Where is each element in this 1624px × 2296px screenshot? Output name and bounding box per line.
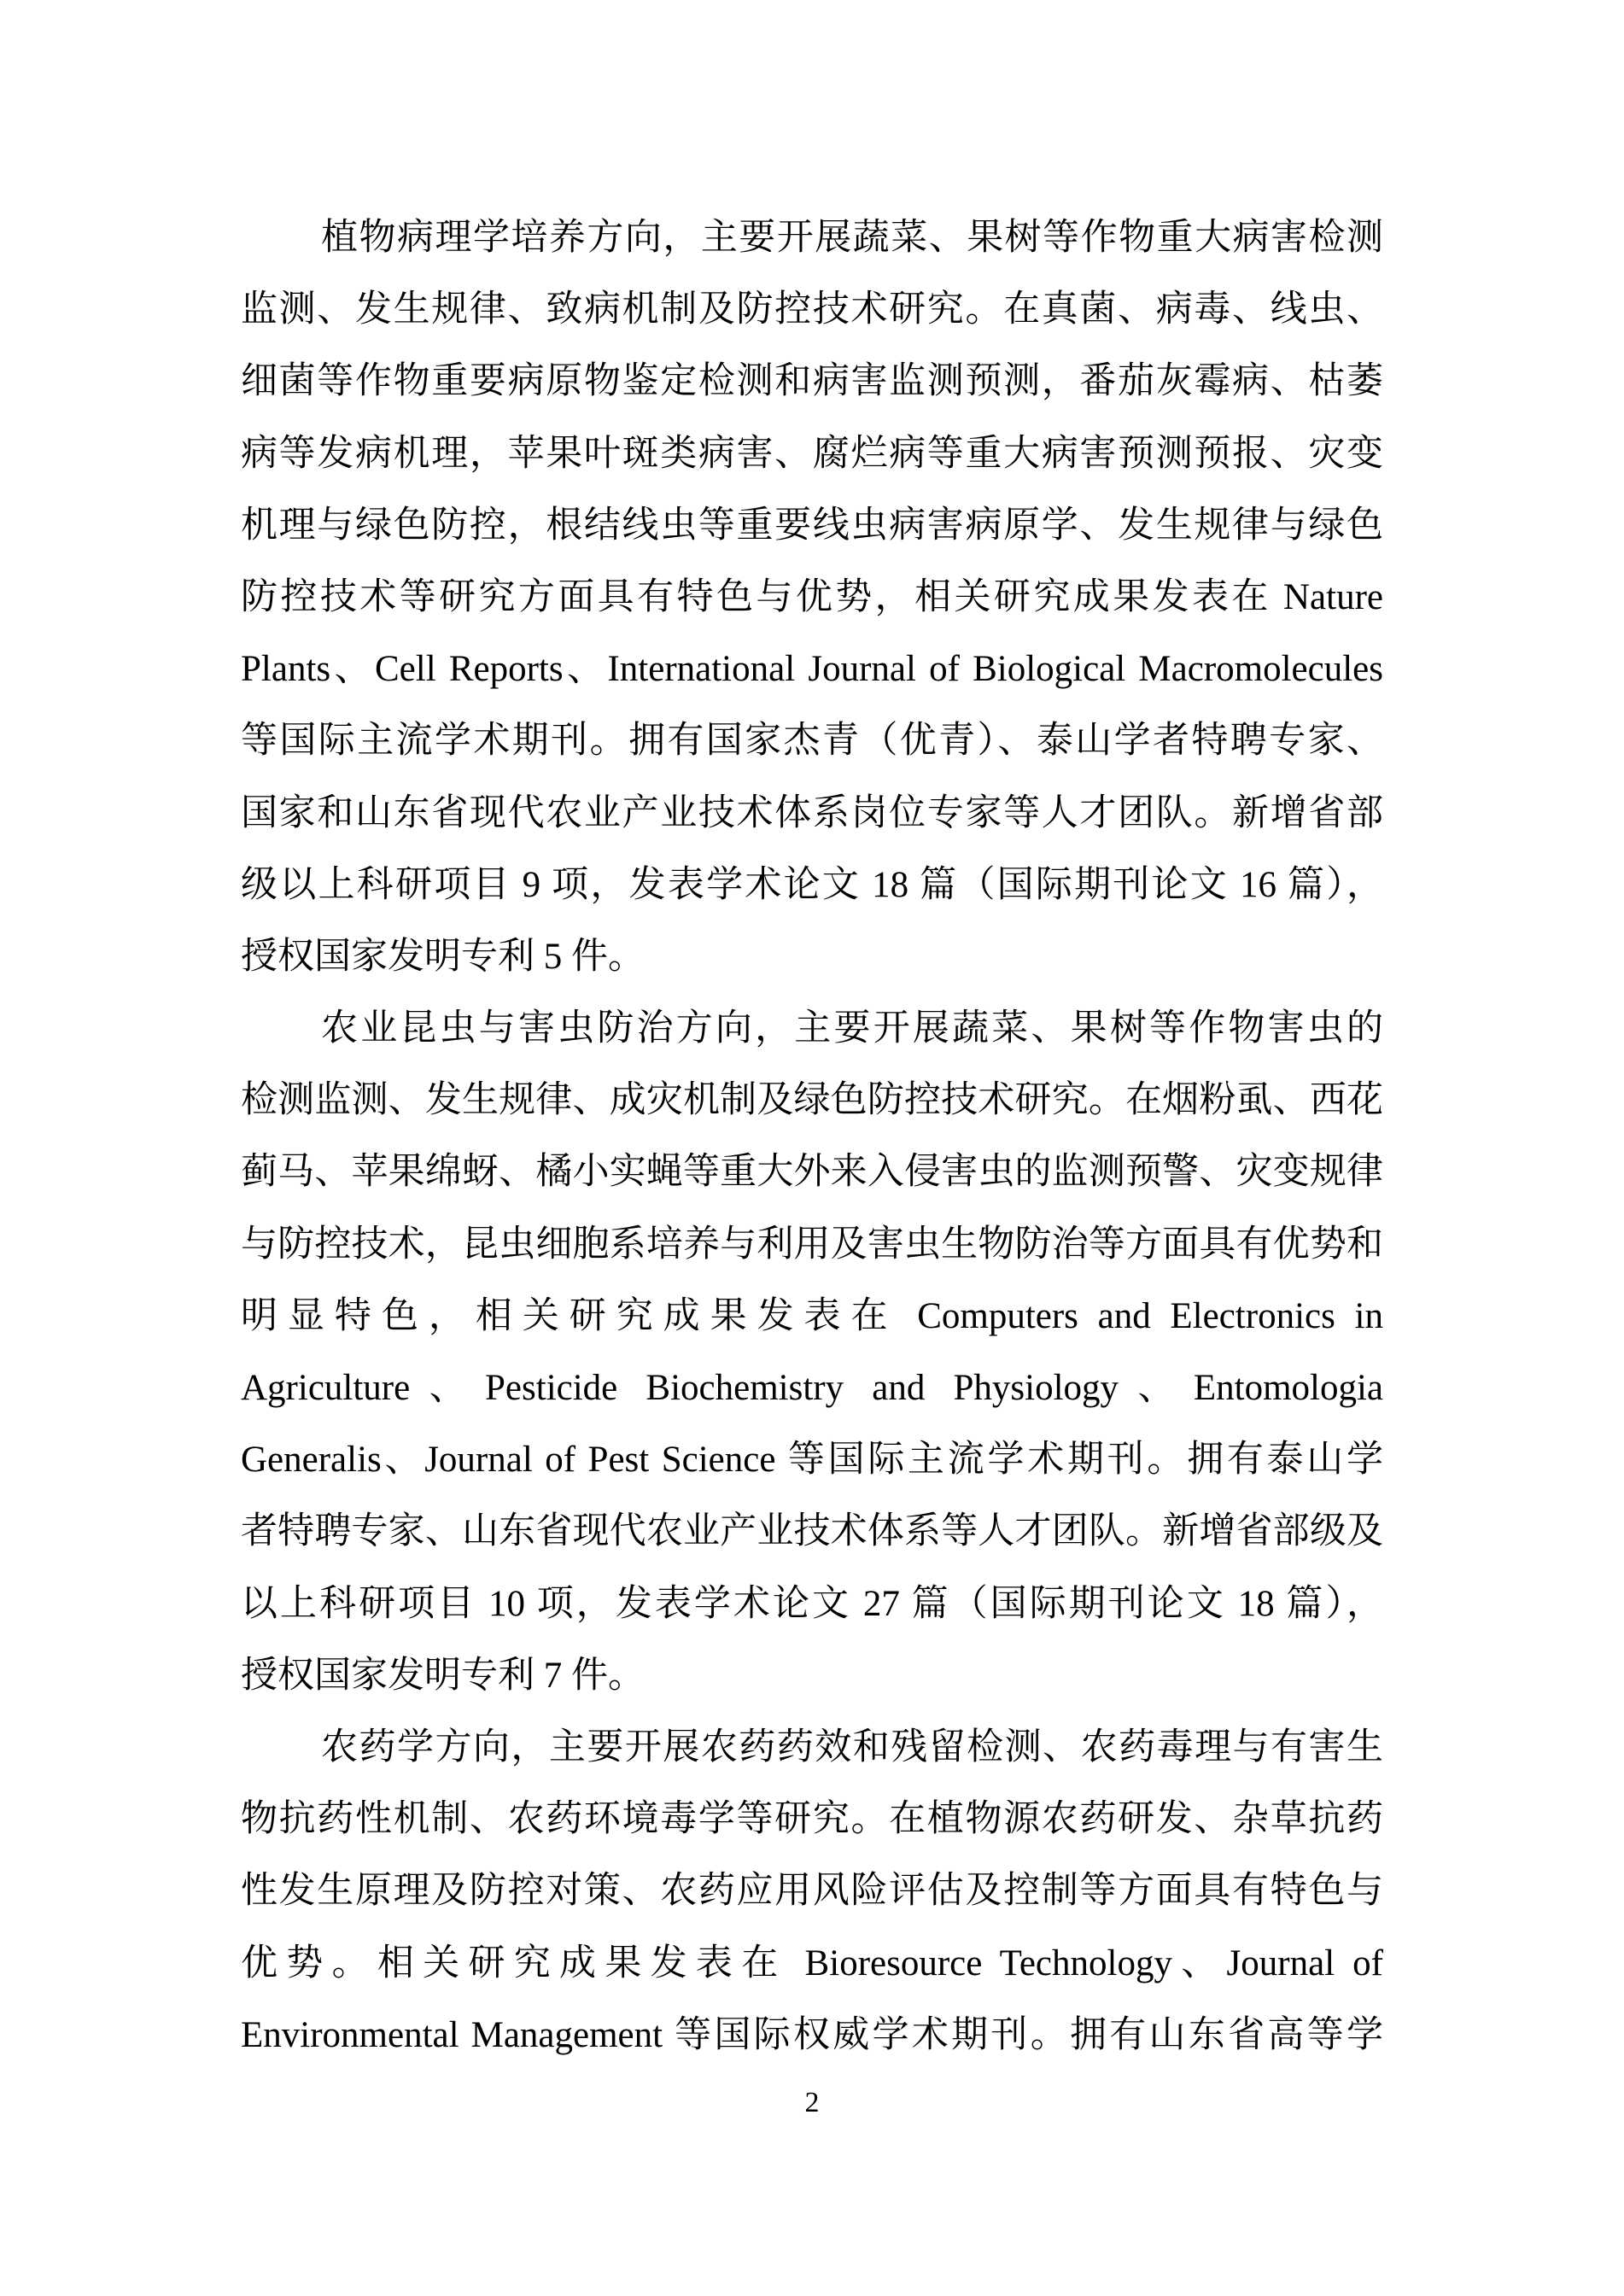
text-line: Environmental Management 等国际权威学术期刊。拥有山东省… bbox=[241, 2000, 1383, 2071]
text-line: 性发生原理及防控对策、农药应用风险评估及控制等方面具有特色与 bbox=[241, 1855, 1383, 1927]
text-line: Generalis、Journal of Pest Science 等国际主流学… bbox=[241, 1424, 1383, 1496]
document-page: 植物病理学培养方向，主要开展蔬菜、果树等作物重大病害检测 监测、发生规律、致病机… bbox=[0, 0, 1624, 2296]
text-content: 植物病理学培养方向，主要开展蔬菜、果树等作物重大病害检测 监测、发生规律、致病机… bbox=[241, 202, 1383, 2071]
text-line: 农药学方向，主要开展农药药效和残留检测、农药毒理与有害生 bbox=[241, 1712, 1383, 1784]
paragraph-agricultural-entomology: 农业昆虫与害虫防治方向，主要开展蔬菜、果树等作物害虫的 检测监测、发生规律、成灾… bbox=[241, 993, 1383, 1712]
text-line: 授权国家发明专利 5 件。 bbox=[241, 921, 1383, 993]
text-line: 物抗药性机制、农药环境毒学等研究。在植物源农药研发、杂草抗药 bbox=[241, 1784, 1383, 1855]
text-line: 以上科研项目 10 项，发表学术论文 27 篇（国际期刊论文 18 篇）， bbox=[241, 1569, 1383, 1640]
text-line: 植物病理学培养方向，主要开展蔬菜、果树等作物重大病害检测 bbox=[241, 202, 1383, 274]
text-line: 明显特色，相关研究成果发表在 Computers and Electronics… bbox=[241, 1281, 1383, 1352]
paragraph-pesticide-science: 农药学方向，主要开展农药药效和残留检测、农药毒理与有害生 物抗药性机制、农药环境… bbox=[241, 1712, 1383, 2071]
text-line: 农业昆虫与害虫防治方向，主要开展蔬菜、果树等作物害虫的 bbox=[241, 993, 1383, 1065]
page-number: 2 bbox=[0, 2085, 1624, 2121]
text-line: 与防控技术，昆虫细胞系培养与利用及害虫生物防治等方面具有优势和 bbox=[241, 1209, 1383, 1281]
text-line: 国家和山东省现代农业产业技术体系岗位专家等人才团队。新增省部 bbox=[241, 778, 1383, 850]
text-line: 防控技术等研究方面具有特色与优势，相关研究成果发表在 Nature bbox=[241, 562, 1383, 634]
text-line: 细菌等作物重要病原物鉴定检测和病害监测预测，番茄灰霉病、枯萎 bbox=[241, 346, 1383, 418]
paragraph-plant-pathology: 植物病理学培养方向，主要开展蔬菜、果树等作物重大病害检测 监测、发生规律、致病机… bbox=[241, 202, 1383, 993]
text-line: 监测、发生规律、致病机制及防控技术研究。在真菌、病毒、线虫、 bbox=[241, 274, 1383, 346]
text-line: 等国际主流学术期刊。拥有国家杰青（优青）、泰山学者特聘专家、 bbox=[241, 705, 1383, 777]
text-line: 者特聘专家、山东省现代农业产业技术体系等人才团队。新增省部级及 bbox=[241, 1496, 1383, 1568]
text-line: Agriculture、Pesticide Biochemistry and P… bbox=[241, 1352, 1383, 1424]
text-line: 优势。相关研究成果发表在 Bioresource Technology、Jour… bbox=[241, 1928, 1383, 2000]
text-line: 蓟马、苹果绵蚜、橘小实蝇等重大外来入侵害虫的监测预警、灾变规律 bbox=[241, 1136, 1383, 1208]
text-line: Plants、Cell Reports、International Journa… bbox=[241, 634, 1383, 705]
text-line: 级以上科研项目 9 项，发表学术论文 18 篇（国际期刊论文 16 篇）， bbox=[241, 850, 1383, 921]
text-line: 病等发病机理，苹果叶斑类病害、腐烂病等重大病害预测预报、灾变 bbox=[241, 418, 1383, 490]
text-line: 机理与绿色防控，根结线虫等重要线虫病害病原学、发生规律与绿色 bbox=[241, 490, 1383, 562]
text-line: 检测监测、发生规律、成灾机制及绿色防控技术研究。在烟粉虱、西花 bbox=[241, 1065, 1383, 1136]
text-line: 授权国家发明专利 7 件。 bbox=[241, 1640, 1383, 1712]
